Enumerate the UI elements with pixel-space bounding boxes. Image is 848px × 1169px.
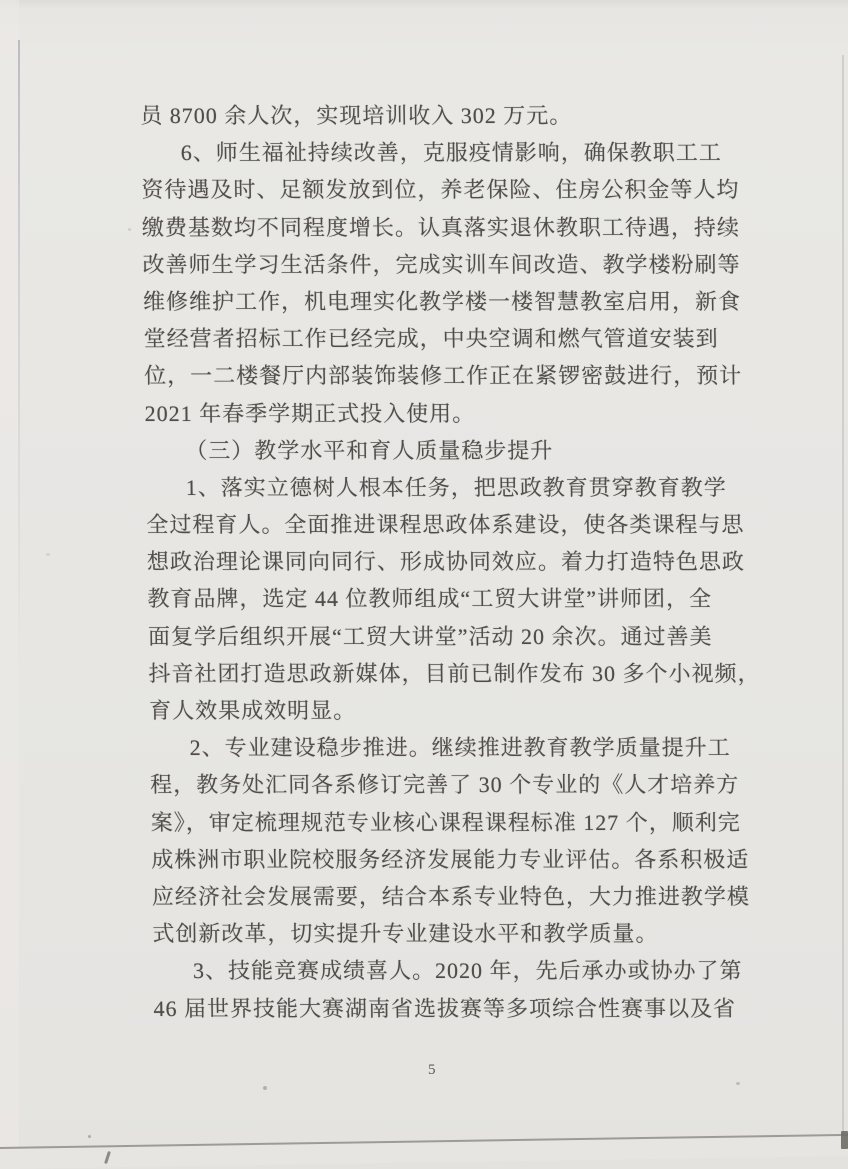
text-line: 3、技能竞赛成绩喜人。2020 年，先后承办或协办了第 xyxy=(153,952,758,989)
text-line: 教育品牌，选定 44 位教师组成“工贸大讲堂”讲师团，全 xyxy=(147,580,752,617)
text-line: 46 届世界技能大赛湖南省选拔赛等多项综合性赛事以及省 xyxy=(153,990,758,1027)
document-text: 员 8700 余人次，实现培训收入 302 万元。6、师生福祉持续改善，克服疫情… xyxy=(140,97,758,1027)
text-line: 维修维护工作，机电理实化教学楼一楼智慧教室启用，新食 xyxy=(143,283,748,320)
scan-speck xyxy=(736,1082,740,1085)
scan-left-edge-line xyxy=(18,40,20,680)
text-line: 资待遇及时、足额发放到位，养老保险、住房公积金等人均 xyxy=(141,171,746,208)
text-line: 全过程育人。全面推进课程思政体系建设，使各类课程与思 xyxy=(146,506,751,543)
text-line: 员 8700 余人次，实现培训收入 302 万元。 xyxy=(140,97,745,134)
text-line: 堂经营者招标工作已经完成，中央空调和燃气管道安装到 xyxy=(143,320,748,357)
text-line: 面复学后组织开展“工贸大讲堂”活动 20 余次。通过善美 xyxy=(148,618,753,655)
scan-speck xyxy=(88,1135,91,1138)
text-line: 改善师生学习生活条件，完成实训车间改造、教学楼粉刷等 xyxy=(142,246,747,283)
text-line: 位，一二楼餐厅内部装饰装修工作正在紧锣密鼓进行，预计 xyxy=(144,357,749,394)
scan-edge-mark xyxy=(841,1131,848,1149)
text-line: 程，教务处汇同各系修订完善了 30 个专业的《人才培养方 xyxy=(150,766,755,803)
page-number: 5 xyxy=(428,1062,436,1079)
scanner-left-band xyxy=(0,0,19,1169)
text-line: 6、师生福祉持续改善，克服疫情影响，确保教职工工 xyxy=(141,134,746,171)
text-line: （三）教学水平和育人质量稳步提升 xyxy=(145,432,750,469)
text-line: 应经济社会发展需要，结合本系专业特色，大力推进教学模 xyxy=(152,878,757,915)
text-line: 抖音社团打造思政新媒体，目前已制作发布 30 多个小视频， xyxy=(148,655,753,692)
text-line: 案》，审定梳理规范专业核心课程课程标准 127 个，顺利完 xyxy=(150,804,755,841)
text-line: 式创新改革，切实提升专业建设水平和教学质量。 xyxy=(152,915,757,952)
scan-right-edge-line xyxy=(842,55,844,1135)
text-line: 成株洲市职业院校服务经济发展能力专业评估。各系积极适 xyxy=(151,841,756,878)
text-line: 育人效果成效明显。 xyxy=(149,692,754,729)
scan-speck xyxy=(263,1086,267,1090)
text-line: 2021 年春季学期正式投入使用。 xyxy=(144,395,749,432)
text-line: 2、专业建设稳步推进。继续推进教育教学质量提升工 xyxy=(149,729,754,766)
text-line: 想政治理论课同向同行、形成协同效应。着力打造特色思政 xyxy=(147,543,752,580)
document-page: 员 8700 余人次，实现培训收入 302 万元。6、师生福祉持续改善，克服疫情… xyxy=(0,0,848,1169)
text-line: 1、落实立德树人根本任务，把思政教育贯穿教育教学 xyxy=(146,469,751,506)
scan-speck xyxy=(46,553,50,556)
text-line: 缴费基数均不同程度增长。认真落实退休教职工待遇，持续 xyxy=(142,209,747,246)
scan-speck xyxy=(128,228,131,231)
